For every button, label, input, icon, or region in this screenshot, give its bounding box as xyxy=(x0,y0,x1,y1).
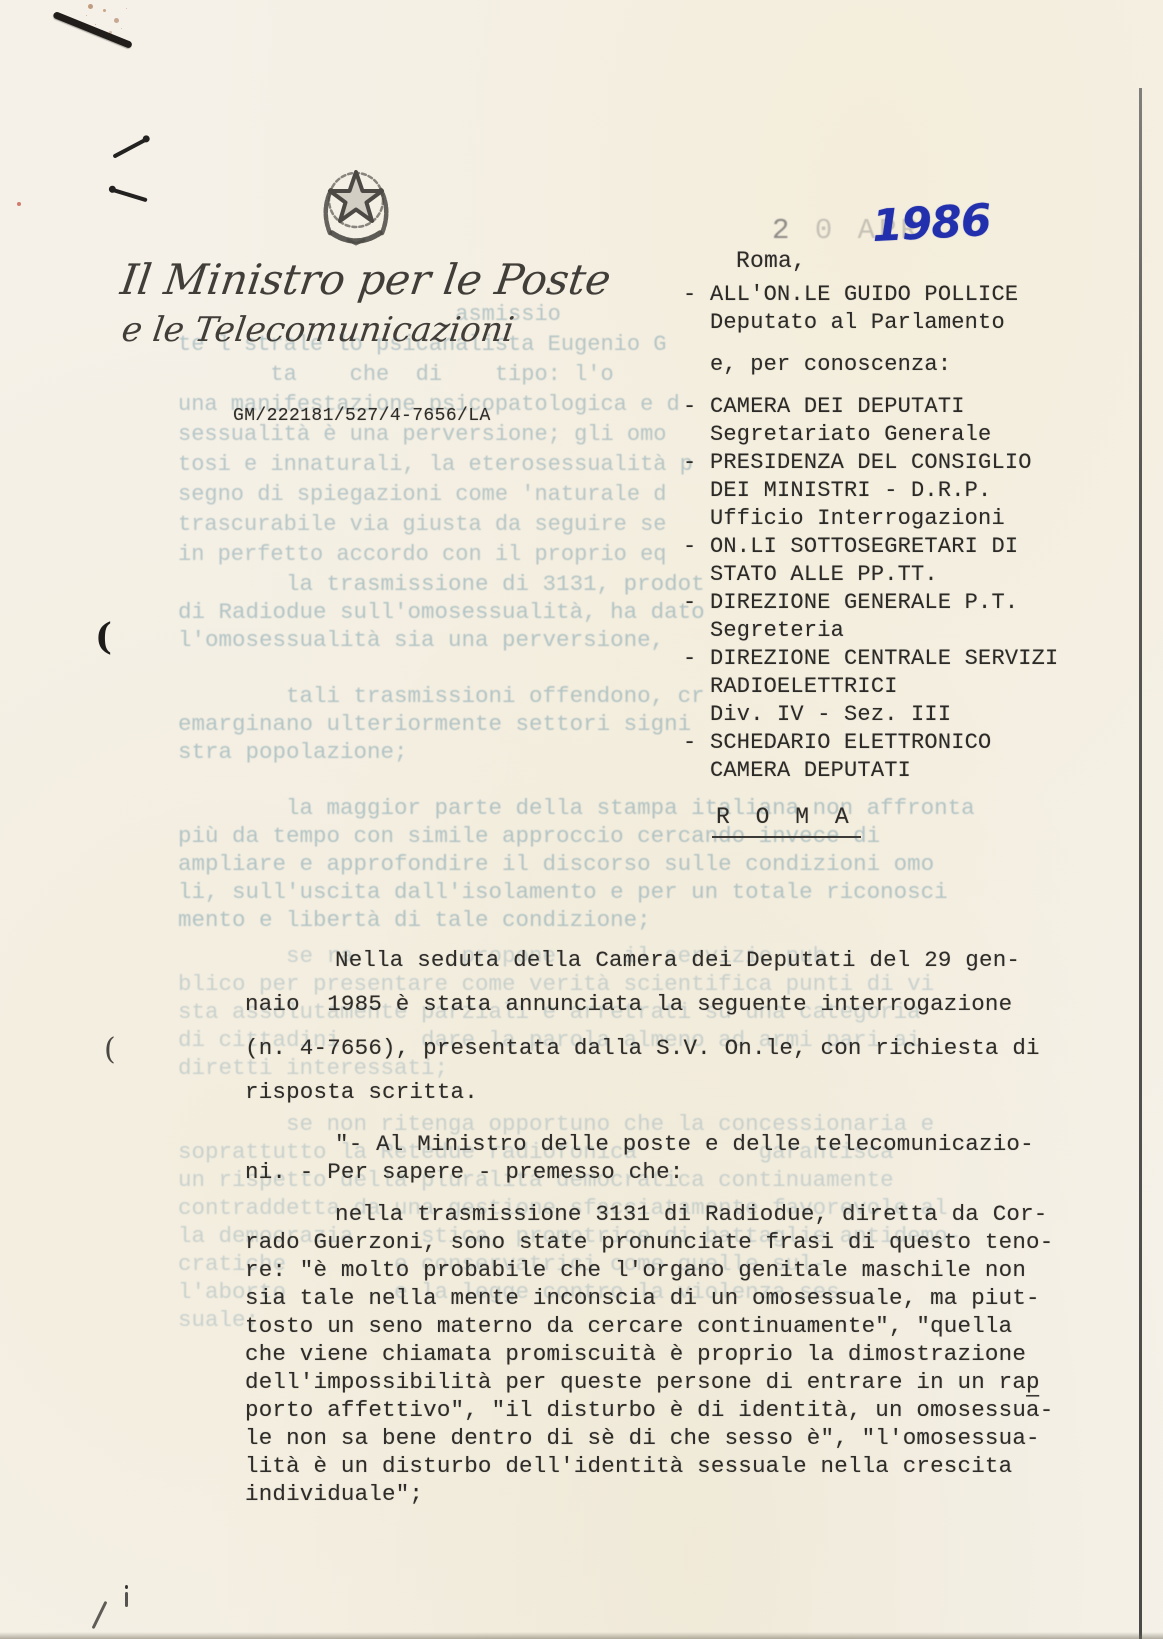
body-line: re: "è molto probabile che l'organo geni… xyxy=(245,1256,1075,1284)
list-dash: - xyxy=(683,393,710,449)
scan-bottom-shadow xyxy=(0,1632,1163,1639)
recipient-group: -ON.LI SOTTOSEGRETARI DISTATO ALLE PP.TT… xyxy=(683,533,1058,589)
recipient-line: Div. IV - Sez. III xyxy=(710,701,1058,729)
bleed-through-line: trascurabile via giusta da seguire se xyxy=(178,510,693,540)
recipient-line: e, per conoscenza: xyxy=(710,351,951,379)
body-line: sia tale nella mente inconscia di un omo… xyxy=(245,1284,1075,1312)
recipient-line: PRESIDENZA DEL CONSIGLIO xyxy=(710,449,1032,477)
destination-city-label: R O M A xyxy=(712,804,861,838)
body-line: lità è un disturbo dell'identità sessual… xyxy=(245,1452,1075,1480)
body-line: dell'impossibilità per queste persone di… xyxy=(245,1368,1075,1396)
state-emblem-icon xyxy=(318,163,394,251)
body-paragraph: Nella seduta della Camera dei Deputati d… xyxy=(245,938,1075,1114)
recipient-line: Ufficio Interrogazioni xyxy=(710,505,1032,533)
recipient-line: CAMERA DEI DEPUTATI xyxy=(710,393,991,421)
recipient-line: STATO ALLE PP.TT. xyxy=(710,561,1018,589)
recipient-group: -PRESIDENZA DEL CONSIGLIODEI MINISTRI - … xyxy=(683,449,1058,533)
pen-stroke-mark xyxy=(111,188,147,202)
recipient-line: DIREZIONE GENERALE P.T. xyxy=(710,589,1018,617)
body-line: nella trasmissione 3131 di Radiodue, dir… xyxy=(245,1200,1075,1228)
scanned-letter-page: asmissiote l strale lo psicanalista Euge… xyxy=(0,0,1163,1639)
body-line: (n. 4-7656), presentata dalla S.V. On.le… xyxy=(245,1026,1075,1070)
bleed-through-line: ta che di tipo: l'o xyxy=(178,360,693,390)
recipient-list: -ALL'ON.LE GUIDO POLLICEDeputato al Parl… xyxy=(683,281,1058,785)
recipient-group: -DIREZIONE CENTRALE SERVIZIRADIOELETTRIC… xyxy=(683,645,1058,729)
bleed-through-line: ampliare e approfondire il discorso sull… xyxy=(178,850,975,878)
body-paragraph: nella trasmissione 3131 di Radiodue, dir… xyxy=(245,1200,1075,1508)
recipient-line: ALL'ON.LE GUIDO POLLICE xyxy=(710,281,1018,309)
recipient-line: Segreteria xyxy=(710,617,1018,645)
handwritten-year: 1986 xyxy=(871,195,992,252)
list-dash: - xyxy=(683,281,710,337)
recipient-group: -DIREZIONE GENERALE P.T.Segreteria xyxy=(683,589,1058,645)
recipient-line: DIREZIONE CENTRALE SERVIZI xyxy=(710,645,1058,673)
city-label: Roma, xyxy=(736,248,806,274)
body-line: tosto un seno materno da cercare continu… xyxy=(245,1312,1075,1340)
bleed-through-line: mento e libertà di tale condizione; xyxy=(178,906,975,934)
list-dash: - xyxy=(683,729,710,785)
pen-stroke-mark xyxy=(112,137,147,158)
list-dash-empty xyxy=(683,351,710,379)
letterhead-script: Il Ministro per le Poste e le Telecomuni… xyxy=(111,252,614,352)
recipient-line: RADIOELETTRICI xyxy=(710,673,1058,701)
recipient-line: ON.LI SOTTOSEGRETARI DI xyxy=(710,533,1018,561)
bleed-through-line: tosi e innaturali, la eterosessualità p xyxy=(178,450,693,480)
body-paragraph: "- Al Ministro delle poste e delle telec… xyxy=(245,1130,1075,1186)
body-line: risposta scritta. xyxy=(245,1070,1075,1114)
bleed-through-line: in perfetto accordo con il proprio eq xyxy=(178,540,693,570)
margin-paren-mark: ( xyxy=(95,616,112,658)
recipient-group: e, per conoscenza: xyxy=(683,351,1058,379)
rust-specks xyxy=(88,4,93,9)
body-line: "- Al Ministro delle poste e delle telec… xyxy=(245,1130,1075,1158)
pencil-mark xyxy=(92,1601,108,1629)
recipient-line: CAMERA DEPUTATI xyxy=(710,757,991,785)
recipient-group: -ALL'ON.LE GUIDO POLLICEDeputato al Parl… xyxy=(683,281,1058,337)
recipient-group: -CAMERA DEI DEPUTATISegretariato General… xyxy=(683,393,1058,449)
list-dash: - xyxy=(683,589,710,645)
recipient-line: Deputato al Parlamento xyxy=(710,309,1018,337)
recipient-line: Segretariato Generale xyxy=(710,421,991,449)
body-line: individuale"; xyxy=(245,1480,1075,1508)
recipient-line: DEI MINISTRI - D.R.P. xyxy=(710,477,1032,505)
body-line: le non sa bene dentro di sè di che sesso… xyxy=(245,1424,1075,1452)
body-line: Nella seduta della Camera dei Deputati d… xyxy=(245,938,1075,982)
letterhead-line2: e le Telecomunicazioni xyxy=(111,308,607,352)
staple-mark xyxy=(52,11,133,49)
protocol-number: GM/222181/527/4-7656/LA xyxy=(233,406,491,426)
red-speck xyxy=(17,202,21,206)
body-line: che viene chiamata promiscuità è proprio… xyxy=(245,1340,1075,1368)
letterhead-line1: Il Ministro per le Poste xyxy=(117,252,614,308)
pencil-dot xyxy=(125,1585,128,1589)
pencil-mark xyxy=(125,1592,128,1607)
scan-edge-line xyxy=(1139,88,1142,1639)
list-dash: - xyxy=(683,645,710,729)
body-line: rado Guerzoni, sono state pronunciate fr… xyxy=(245,1228,1075,1256)
letter-body: Nella seduta della Camera dei Deputati d… xyxy=(245,938,1075,1508)
body-line: ni. - Per sapere - premesso che: xyxy=(245,1158,1075,1186)
body-line: naio 1985 è stata annunciata la seguente… xyxy=(245,982,1075,1026)
body-line: porto affettivo", "il disturbo è di iden… xyxy=(245,1396,1075,1424)
recipient-group: -SCHEDARIO ELETTRONICOCAMERA DEPUTATI xyxy=(683,729,1058,785)
bleed-through-line: segno di spiegazioni come 'naturale d xyxy=(178,480,693,510)
margin-paren-mark: ( xyxy=(104,1032,116,1067)
list-dash: - xyxy=(683,449,710,533)
bleed-through-line: li, sull'uscita dall'isolamento e per un… xyxy=(178,878,975,906)
recipient-line: SCHEDARIO ELETTRONICO xyxy=(710,729,991,757)
list-dash: - xyxy=(683,533,710,589)
